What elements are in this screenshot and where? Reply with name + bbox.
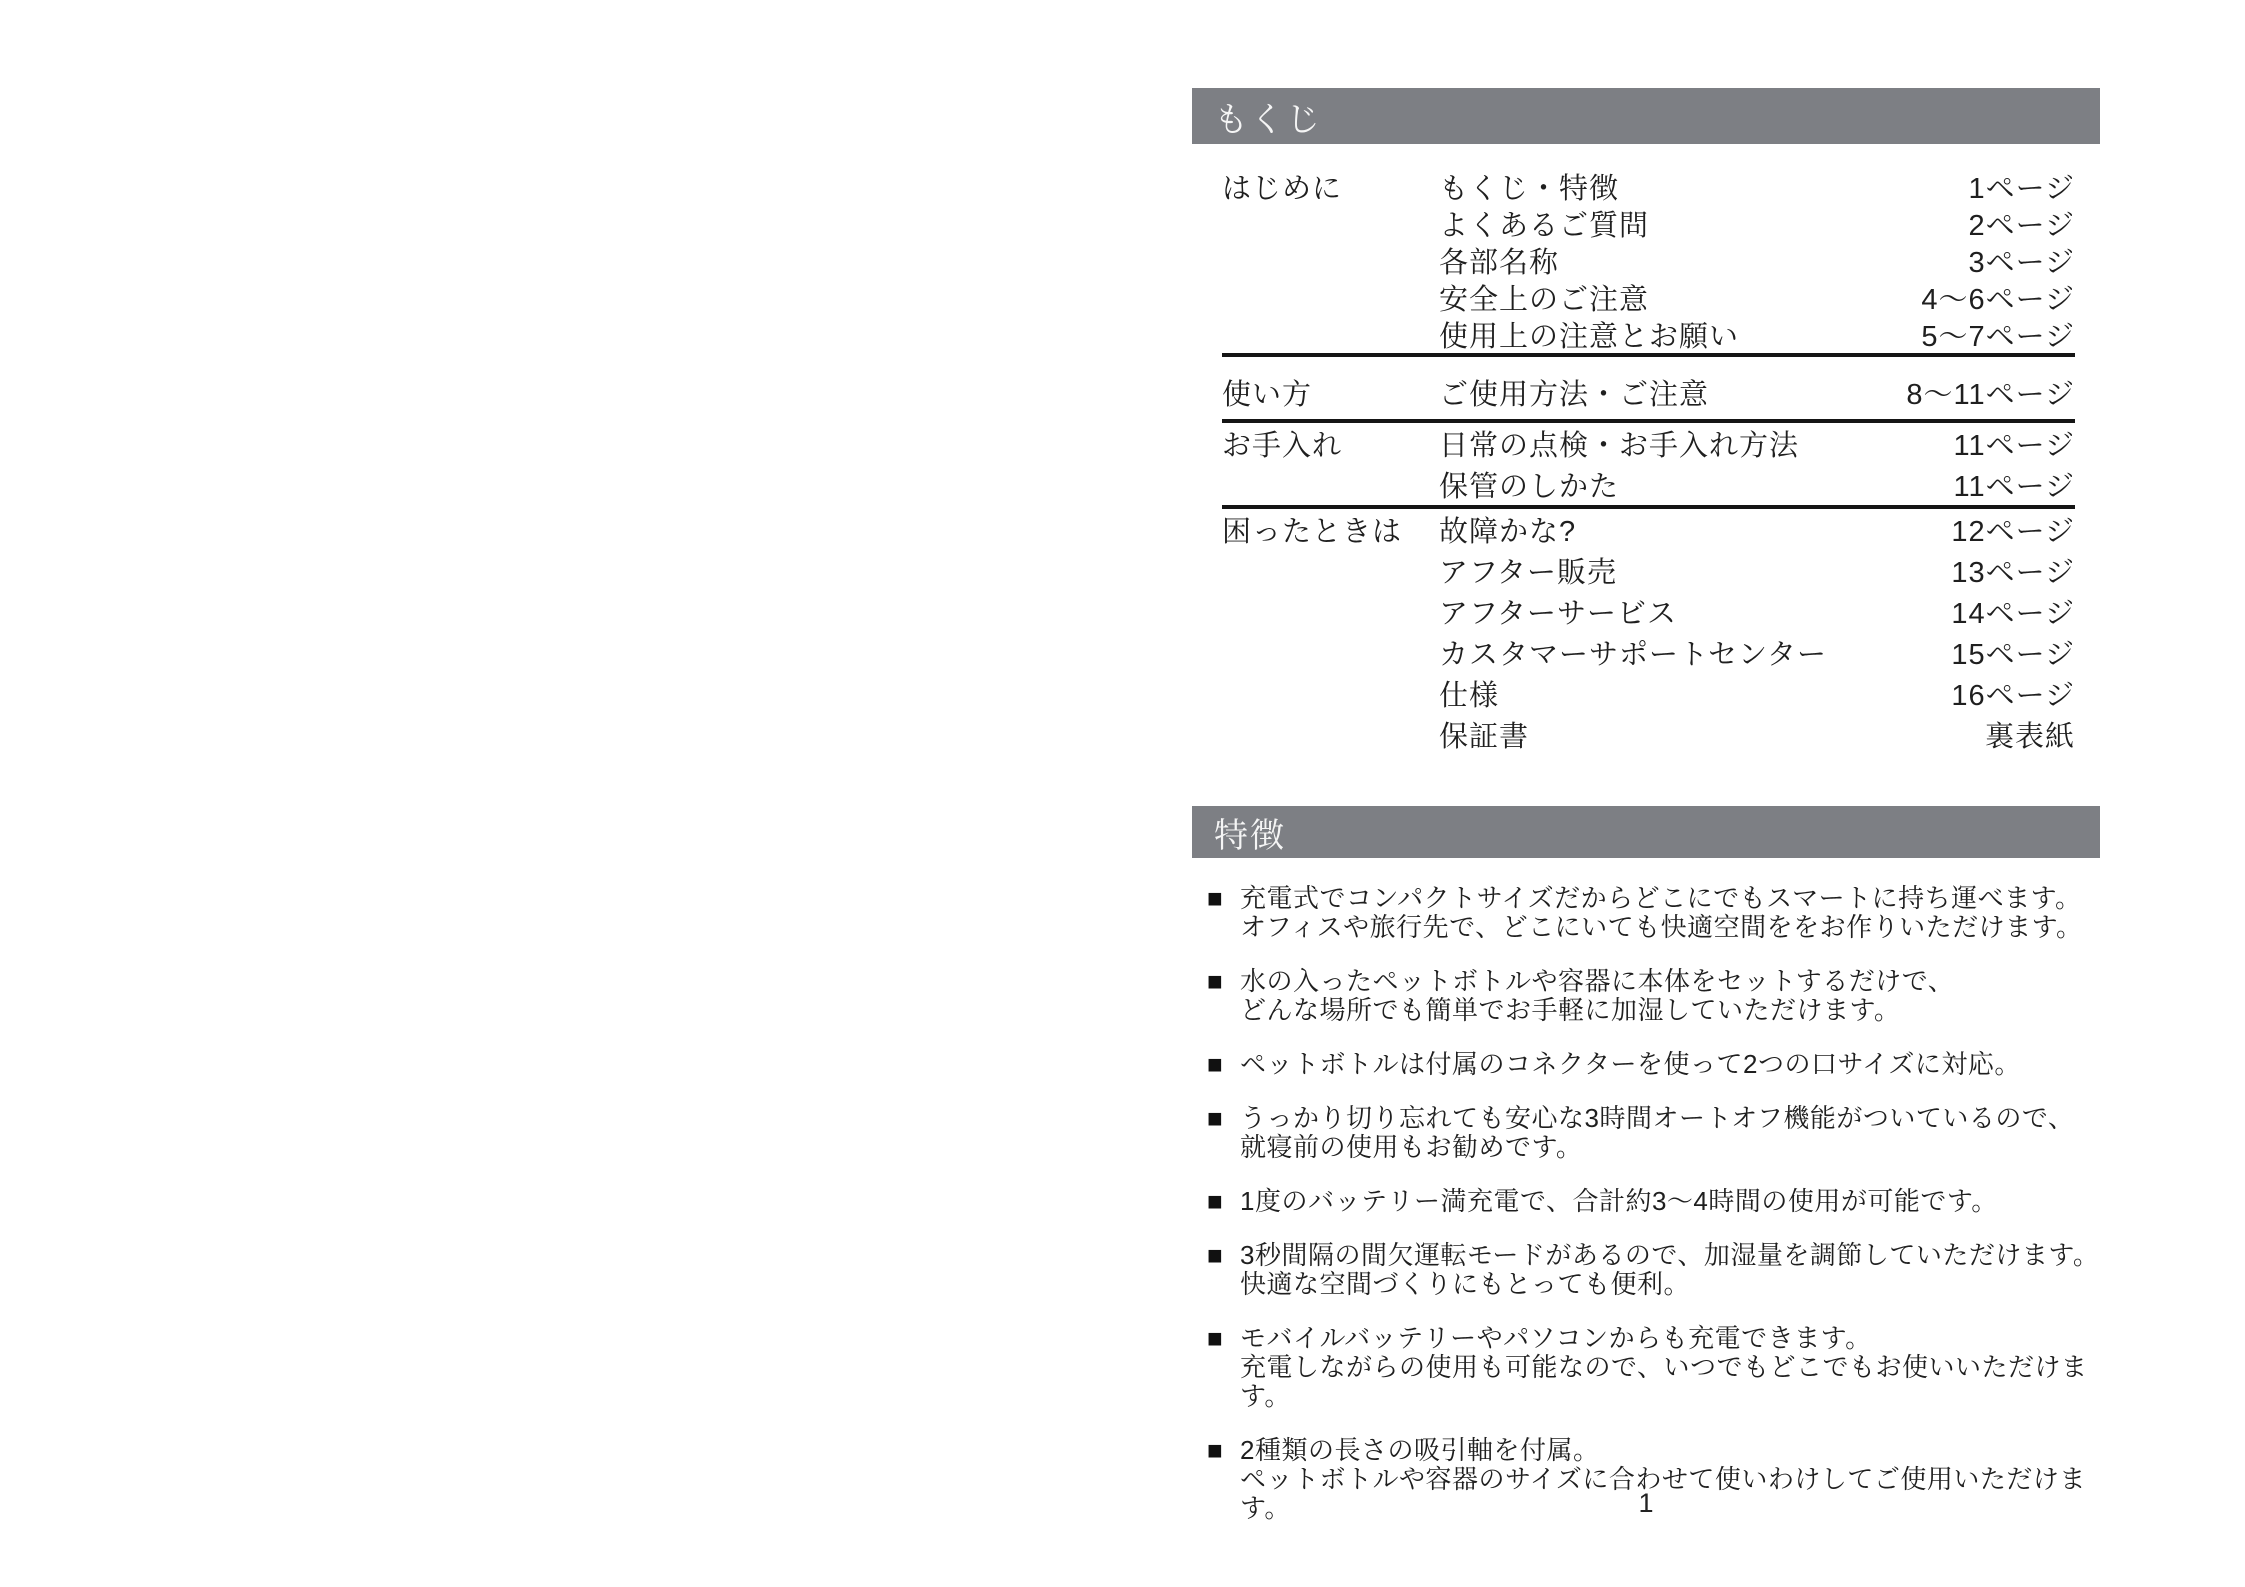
table-of-contents: はじめにもくじ・特徴1ページよくあるご質問2ページ各部名称3ページ安全上のご注意…: [1222, 144, 2075, 755]
square-bullet-icon: ■: [1207, 967, 1240, 1025]
toc-section: 困ったときは故障かな?12ページアフター販売13ページアフターサービス14ページ…: [1222, 509, 2075, 755]
toc-item-label: 安全上のご注意: [1439, 277, 1921, 318]
toc-section: 使い方ご使用方法・ご注意8〜11ページ: [1222, 357, 2075, 419]
feature-text-line: 3秒間隔の間欠運転モードがあるので、加湿量を調節していただけます。: [1240, 1241, 2100, 1270]
square-bullet-icon: ■: [1207, 1324, 1240, 1411]
toc-item-label: 保管のしかた: [1439, 464, 1953, 505]
toc-category: はじめに: [1222, 166, 1439, 207]
toc-row: よくあるご質問2ページ: [1222, 205, 2075, 242]
toc-item-label: 使用上の注意とお願い: [1439, 314, 1921, 355]
toc-header-title: もくじ: [1214, 92, 1322, 141]
toc-row: 保管のしかた11ページ: [1222, 464, 2075, 505]
feature-text-line: 快適な空間づくりにもとっても便利。: [1240, 1270, 2100, 1299]
feature-text-line: オフィスや旅行先で、どこにいても快適空間ををお作りいただけます。: [1240, 913, 2100, 942]
toc-item-page: 13ページ: [1951, 550, 2075, 591]
toc-section: はじめにもくじ・特徴1ページよくあるご質問2ページ各部名称3ページ安全上のご注意…: [1222, 144, 2075, 353]
toc-item-page: 2ページ: [1968, 203, 2075, 244]
feature-text: 水の入ったペットボトルや容器に本体をセットするだけで、どんな場所でも簡単でお手軽…: [1240, 967, 2100, 1025]
feature-item: ■充電式でコンパクトサイズだからどこにでもスマートに持ち運べます。オフィスや旅行…: [1207, 884, 2100, 942]
toc-item-page: 1ページ: [1968, 166, 2075, 207]
feature-item: ■1度のバッテリー満充電で、合計約3〜4時間の使用が可能です。: [1207, 1187, 2100, 1216]
feature-text-line: 水の入ったペットボトルや容器に本体をセットするだけで、: [1240, 967, 2100, 996]
toc-row: はじめにもくじ・特徴1ページ: [1222, 168, 2075, 205]
toc-item-label: 故障かな?: [1439, 509, 1951, 550]
toc-row: 各部名称3ページ: [1222, 242, 2075, 279]
toc-item-label: もくじ・特徴: [1439, 166, 1968, 207]
toc-item-page: 5〜7ページ: [1921, 314, 2075, 355]
toc-item-page: 11ページ: [1953, 464, 2075, 505]
toc-header-bar: もくじ: [1192, 88, 2100, 144]
feature-item: ■うっかり切り忘れても安心な3時間オートオフ機能がついているので、就寝前の使用も…: [1207, 1104, 2100, 1162]
page-number: 1: [1192, 1488, 2100, 1519]
toc-item-page: 裏表紙: [1985, 714, 2075, 755]
feature-text: モバイルバッテリーやパソコンからも充電できます。充電しながらの使用も可能なので、…: [1240, 1324, 2100, 1411]
toc-item-label: アフターサービス: [1439, 591, 1951, 632]
feature-text: ペットボトルは付属のコネクターを使って2つの口サイズに対応。: [1240, 1050, 2100, 1079]
toc-item-page: 16ページ: [1951, 673, 2075, 714]
toc-row: 仕様16ページ: [1222, 673, 2075, 714]
toc-item-page: 14ページ: [1951, 591, 2075, 632]
feature-text-line: ペットボトルは付属のコネクターを使って2つの口サイズに対応。: [1240, 1050, 2100, 1079]
toc-row: アフターサービス14ページ: [1222, 591, 2075, 632]
square-bullet-icon: ■: [1207, 884, 1240, 942]
toc-category: 使い方: [1222, 372, 1439, 413]
toc-row: 安全上のご注意4〜6ページ: [1222, 279, 2075, 316]
feature-text-line: 充電式でコンパクトサイズだからどこにでもスマートに持ち運べます。: [1240, 884, 2100, 913]
toc-item-page: 11ページ: [1953, 423, 2075, 464]
toc-row: お手入れ日常の点検・お手入れ方法11ページ: [1222, 423, 2075, 464]
feature-item: ■モバイルバッテリーやパソコンからも充電できます。充電しながらの使用も可能なので…: [1207, 1324, 2100, 1411]
toc-category: お手入れ: [1222, 423, 1439, 464]
toc-item-label: 各部名称: [1439, 240, 1968, 281]
feature-text-line: 就寝前の使用もお勧めです。: [1240, 1133, 2100, 1162]
toc-row: 困ったときは故障かな?12ページ: [1222, 509, 2075, 550]
feature-text: 1度のバッテリー満充電で、合計約3〜4時間の使用が可能です。: [1240, 1187, 2100, 1216]
feature-item: ■ペットボトルは付属のコネクターを使って2つの口サイズに対応。: [1207, 1050, 2100, 1079]
toc-row: 使い方ご使用方法・ご注意8〜11ページ: [1222, 369, 2075, 415]
toc-row: 使用上の注意とお願い5〜7ページ: [1222, 316, 2075, 353]
toc-section: お手入れ日常の点検・お手入れ方法11ページ保管のしかた11ページ: [1222, 423, 2075, 505]
feature-text-line: どんな場所でも簡単でお手軽に加湿していただけます。: [1240, 996, 2100, 1025]
feature-text-line: 1度のバッテリー満充電で、合計約3〜4時間の使用が可能です。: [1240, 1187, 2100, 1216]
square-bullet-icon: ■: [1207, 1050, 1240, 1079]
toc-item-label: アフター販売: [1439, 550, 1951, 591]
manual-page: もくじ はじめにもくじ・特徴1ページよくあるご質問2ページ各部名称3ページ安全上…: [0, 0, 2245, 1587]
toc-item-page: 8〜11ページ: [1906, 372, 2075, 413]
toc-item-label: 仕様: [1439, 673, 1951, 714]
feature-text-line: 充電しながらの使用も可能なので、いつでもどこでもお使いいただけます。: [1240, 1353, 2100, 1411]
feature-text: 3秒間隔の間欠運転モードがあるので、加湿量を調節していただけます。快適な空間づく…: [1240, 1241, 2100, 1299]
toc-row: 保証書裏表紙: [1222, 714, 2075, 755]
toc-item-label: よくあるご質問: [1439, 203, 1968, 244]
feature-text: 充電式でコンパクトサイズだからどこにでもスマートに持ち運べます。オフィスや旅行先…: [1240, 884, 2100, 942]
square-bullet-icon: ■: [1207, 1104, 1240, 1162]
feature-text-line: うっかり切り忘れても安心な3時間オートオフ機能がついているので、: [1240, 1104, 2100, 1133]
toc-item-page: 15ページ: [1951, 632, 2075, 673]
feature-text: うっかり切り忘れても安心な3時間オートオフ機能がついているので、就寝前の使用もお…: [1240, 1104, 2100, 1162]
feature-item: ■3秒間隔の間欠運転モードがあるので、加湿量を調節していただけます。快適な空間づ…: [1207, 1241, 2100, 1299]
features-header-bar: 特徴: [1192, 806, 2100, 858]
square-bullet-icon: ■: [1207, 1241, 1240, 1299]
toc-item-page: 12ページ: [1951, 509, 2075, 550]
toc-item-label: ご使用方法・ご注意: [1439, 372, 1906, 413]
square-bullet-icon: ■: [1207, 1187, 1240, 1216]
toc-row: アフター販売13ページ: [1222, 550, 2075, 591]
feature-item: ■水の入ったペットボトルや容器に本体をセットするだけで、どんな場所でも簡単でお手…: [1207, 967, 2100, 1025]
toc-category: 困ったときは: [1222, 509, 1439, 550]
feature-text-line: 2種類の長さの吸引軸を付属。: [1240, 1436, 2100, 1465]
toc-item-page: 4〜6ページ: [1921, 277, 2075, 318]
toc-row: カスタマーサポートセンター15ページ: [1222, 632, 2075, 673]
toc-item-label: カスタマーサポートセンター: [1439, 632, 1951, 673]
features-list: ■充電式でコンパクトサイズだからどこにでもスマートに持ち運べます。オフィスや旅行…: [1207, 884, 2100, 1548]
toc-item-label: 保証書: [1439, 714, 1985, 755]
toc-item-page: 3ページ: [1968, 240, 2075, 281]
feature-text-line: モバイルバッテリーやパソコンからも充電できます。: [1240, 1324, 2100, 1353]
toc-item-label: 日常の点検・お手入れ方法: [1439, 423, 1953, 464]
features-header-title: 特徴: [1214, 808, 1286, 857]
